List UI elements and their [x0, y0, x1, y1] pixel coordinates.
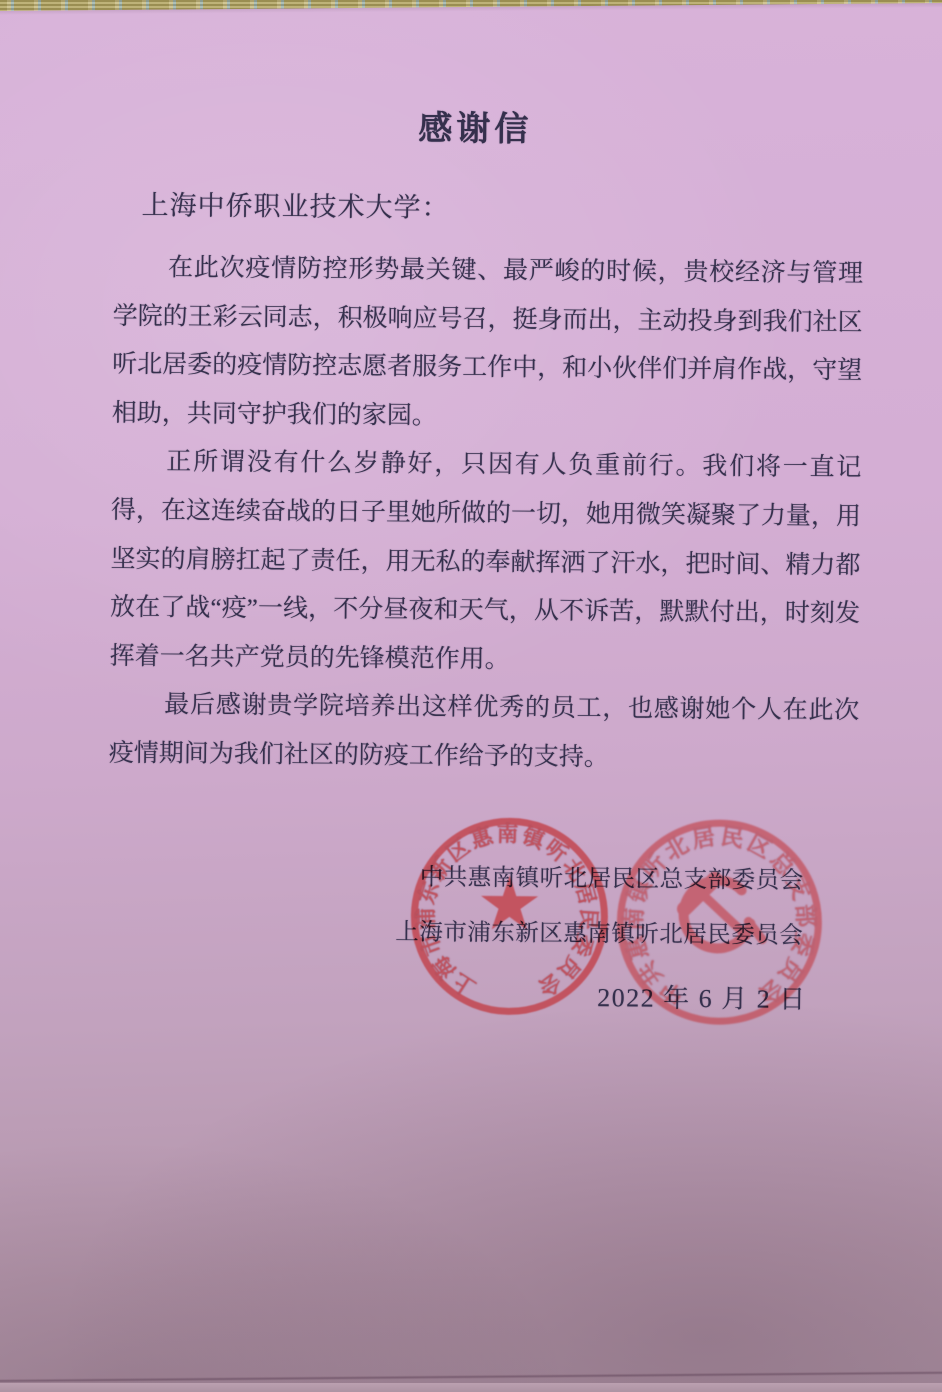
paper-fold-strip: [0, 1383, 942, 1392]
paragraph-3: 最后感谢贵学院培养出这样优秀的员工，也感谢她个人在此次疫情期间为我们社区的防疫工…: [109, 681, 860, 785]
official-seal-left: 上海市浦东新区惠南镇听北居民委员会: [404, 810, 616, 1022]
paragraph-2: 正所谓没有什么岁静好，只因有人负重前行。我们将一直记得，在这连续奋战的日子里她所…: [109, 438, 861, 688]
letter-title: 感谢信: [4, 97, 942, 154]
letter-paper: 感谢信 上海中侨职业技术大学： 在此次疫情防控形势最关键、最严峻的时候，贵校经济…: [0, 0, 942, 1392]
letter-body: 在此次疫情防控形势最关键、最严峻的时候，贵校经济与管理学院的王彩云同志，积极响应…: [109, 244, 864, 785]
star-icon: [481, 875, 539, 930]
seal-ring: [620, 822, 820, 1022]
photo-scene: 感谢信 上海中侨职业技术大学： 在此次疫情防控形势最关键、最严峻的时候，贵校经济…: [0, 0, 942, 1392]
hammer-sickle-icon: [683, 879, 762, 949]
paragraph-1: 在此次疫情防控形势最关键、最严峻的时候，贵校经济与管理学院的王彩云同志，积极响应…: [112, 244, 864, 445]
letter-salutation: 上海中侨职业技术大学：: [141, 183, 449, 225]
official-seal-right: 中共惠南镇听北居民区总支部委员会: [609, 812, 829, 1032]
letter-content: 感谢信 上海中侨职业技术大学： 在此次疫情防控形势最关键、最严峻的时候，贵校经济…: [0, 0, 942, 1392]
